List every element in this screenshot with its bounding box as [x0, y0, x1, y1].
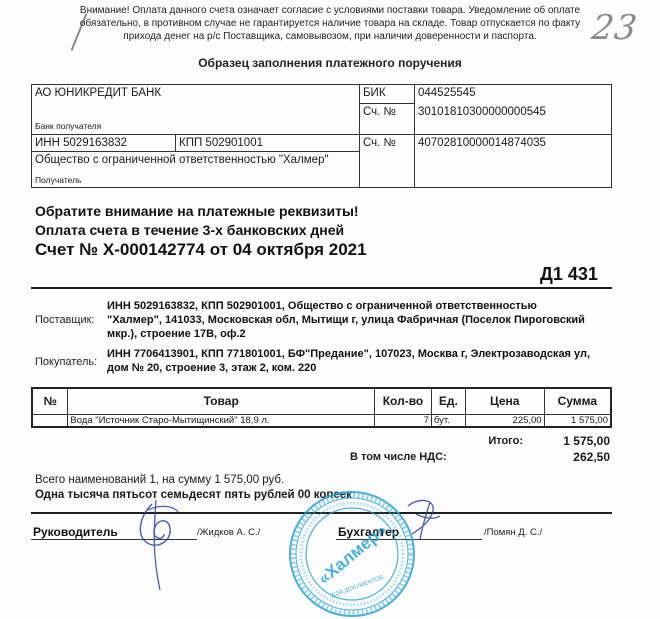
- total-value: 1 575,00: [530, 434, 610, 448]
- supplier-line-2: "Халмер", 141033, Московская обл, Мытищи…: [107, 313, 617, 327]
- payment-notice: Внимание! Оплата данного счета означает …: [70, 4, 590, 43]
- supplier-line-1: ИНН 5029163832, КПП 502901001, Общество …: [107, 299, 617, 313]
- supplier-label: Поставщик:: [35, 314, 94, 326]
- bik-label: БИК: [360, 85, 415, 104]
- cell-product: Вода "Источник Старо-Мытищинский" 18,9 л…: [68, 414, 375, 427]
- col-header-qty: Кол-во: [375, 388, 432, 414]
- buyer-line-2: дом № 20, строение 3, этаж 2, ком. 220: [107, 361, 627, 375]
- divider: [31, 287, 612, 289]
- cell-qty: 7: [375, 414, 432, 427]
- invoice-code: Д1 431: [540, 264, 598, 285]
- table-row: Вода "Источник Старо-Мытищинский" 18,9 л…: [32, 414, 611, 427]
- sample-title: Образец заполнения платежного поручения: [0, 56, 660, 70]
- items-header-row: № Товар Кол-во Ед. Цена Сумма: [32, 388, 611, 414]
- cell-num: [32, 414, 68, 427]
- recipient-cell: Общество с ограниченной ответственностью…: [32, 152, 360, 187]
- supplier-line-3: мкр.), строение 17В, оф.2: [107, 327, 617, 341]
- stamp-sub-text: ДЛЯ ДОКУМЕНТОВ: [331, 575, 385, 600]
- director-label: Руководитель: [33, 525, 118, 539]
- notice-line-2: обязательно, в противном случае не гаран…: [70, 17, 590, 30]
- recipient-name: Общество с ограниченной ответственностью…: [35, 154, 356, 167]
- vat-label: В том числе НДС:: [350, 451, 470, 463]
- bank-name-cell: АО ЮНИКРЕДИТ БАНК Банк получателя: [32, 85, 360, 135]
- bank-details-table: АО ЮНИКРЕДИТ БАНК Банк получателя БИК 04…: [31, 84, 612, 188]
- buyer-label: Покупатель:: [35, 356, 97, 368]
- attention-line-1: Обратите внимание на платежные реквизиты…: [35, 203, 359, 219]
- account-value: 40702810000014874035: [415, 135, 611, 187]
- account-label: Сч. №: [360, 135, 415, 187]
- notice-line-1: Внимание! Оплата данного счета означает …: [70, 4, 590, 17]
- accountant-name: /Помян Д. С./: [484, 527, 542, 538]
- cell-unit: бут.: [431, 414, 465, 427]
- director-name: /Жидков А. С./: [197, 527, 260, 538]
- notice-line-3: прихода денег на р/с Поставщика, самовыв…: [70, 30, 590, 43]
- col-header-sum: Сумма: [544, 388, 611, 414]
- recipient-label: Получатель: [35, 174, 81, 187]
- col-header-price: Цена: [465, 388, 544, 414]
- total-label: Итого:: [440, 435, 523, 447]
- handwritten-page-number: 23: [589, 8, 640, 48]
- bank-name: АО ЮНИКРЕДИТ БАНК: [35, 87, 356, 100]
- supplier-details: ИНН 5029163832, КПП 502901001, Общество …: [107, 299, 617, 341]
- director-signature-icon: [130, 498, 200, 593]
- corr-account-value: 30101810300000000545: [415, 104, 611, 135]
- buyer-details: ИНН 7706413901, КПП 771801001, БФ"Предан…: [107, 347, 627, 375]
- items-table: № Товар Кол-во Ед. Цена Сумма Вода "Исто…: [31, 387, 612, 428]
- col-header-product: Товар: [68, 388, 375, 414]
- col-header-num: №: [32, 388, 68, 414]
- items-count-summary: Всего наименований 1, на сумму 1 575,00 …: [35, 474, 284, 486]
- bik-value: 044525545: [415, 85, 611, 104]
- col-header-unit: Ед.: [431, 388, 465, 414]
- vat-value: 262,50: [530, 450, 610, 464]
- bank-label: Банк получателя: [35, 120, 101, 133]
- recipient-kpp: КПП 502901001: [176, 135, 360, 152]
- company-stamp-icon: «Халмер» ДЛЯ ДОКУМЕНТОВ: [288, 490, 416, 618]
- recipient-inn: ИНН 5029163832: [32, 135, 176, 152]
- buyer-line-1: ИНН 7706413901, КПП 771801001, БФ"Предан…: [107, 347, 627, 361]
- attention-line-2: Оплата счета в течение 3-х банковских дн…: [35, 222, 344, 238]
- cell-sum: 1 575,00: [544, 414, 611, 427]
- invoice-title: Счет № Х-000142774 от 04 октября 2021: [35, 240, 367, 260]
- corr-account-label: Сч. №: [360, 104, 415, 135]
- cell-price: 225,00: [465, 414, 544, 427]
